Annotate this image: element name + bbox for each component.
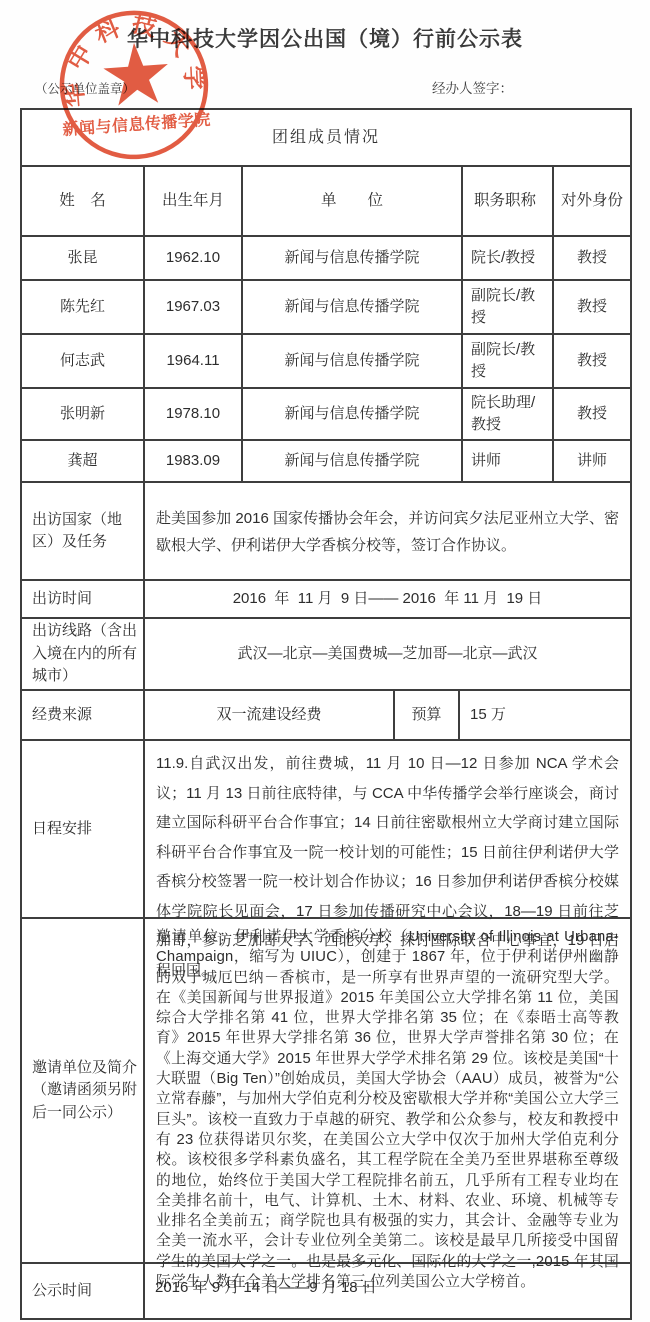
- publicity-row: 公示时间 2016 年 9 月 14 日——9 月 18 日: [22, 1262, 630, 1318]
- column-header-row: 姓 名 出生年月 单 位 职务职称 对外身份: [22, 165, 630, 235]
- destination-label: 出访国家（地区）及任务: [22, 483, 143, 579]
- destination-row: 出访国家（地区）及任务 赴美国参加 2016 国家传播协会年会，并访问宾夕法尼亚…: [22, 481, 630, 579]
- member-name: 何志武: [22, 335, 143, 387]
- member-unit: 新闻与信息传播学院: [241, 237, 461, 279]
- member-name: 陈先红: [22, 281, 143, 333]
- destination-text: 赴美国参加 2016 国家传播协会年会，并访问宾夕法尼亚州立大学、密歇根大学、伊…: [156, 505, 619, 559]
- visit-time-row: 出访时间 2016 年 11 月 9 日—— 2016 年 11 月 19 日: [22, 579, 630, 617]
- member-title: 副院长/教授: [461, 281, 552, 333]
- member-name: 龚超: [22, 441, 143, 481]
- member-birth: 1978.10: [143, 389, 241, 439]
- route-row: 出访线路（含出入境在内的所有城市） 武汉—北京—美国费城—芝加哥—北京—武汉: [22, 617, 630, 689]
- member-unit: 新闻与信息传播学院: [241, 389, 461, 439]
- member-unit: 新闻与信息传播学院: [241, 335, 461, 387]
- inviter-value: 邀请单位：伊利诺伊大学香槟分校（University of Illinois a…: [143, 919, 630, 1262]
- publicity-value: 2016 年 9 月 14 日——9 月 18 日: [143, 1264, 630, 1318]
- col-header-identity: 对外身份: [552, 167, 630, 235]
- budget-label: 预算: [393, 691, 458, 739]
- member-identity: 教授: [552, 237, 630, 279]
- member-row: 龚超 1983.09 新闻与信息传播学院 讲师 讲师: [22, 439, 630, 481]
- handler-signature-label: 经办人签字：: [432, 77, 513, 97]
- group-header-row: 团组成员情况: [22, 110, 630, 165]
- schedule-value: 11.9.自武汉出发，前往费城，11 月 10 日—12 日参加 NCA 学术会…: [143, 741, 630, 917]
- inviter-row: 邀请单位及简介（邀请函须另附后一同公示） 邀请单位：伊利诺伊大学香槟分校（Uni…: [22, 917, 630, 1262]
- member-name: 张昆: [22, 237, 143, 279]
- funding-source: 双一流建设经费: [143, 691, 393, 739]
- budget-value: 15 万: [458, 691, 630, 739]
- member-row: 陈先红 1967.03 新闻与信息传播学院 副院长/教授 教授: [22, 279, 630, 333]
- member-birth: 1964.11: [143, 335, 241, 387]
- member-identity: 讲师: [552, 441, 630, 481]
- schedule-row: 日程安排 11.9.自武汉出发，前往费城，11 月 10 日—12 日参加 NC…: [22, 739, 630, 917]
- member-title: 院长助理/教授: [461, 389, 552, 439]
- route-value: 武汉—北京—美国费城—芝加哥—北京—武汉: [143, 619, 630, 689]
- visit-time-value: 2016 年 11 月 9 日—— 2016 年 11 月 19 日: [143, 581, 630, 617]
- inviter-text: 邀请单位：伊利诺伊大学香槟分校（University of Illinois a…: [156, 927, 619, 1292]
- main-table: 团组成员情况 姓 名 出生年月 单 位 职务职称 对外身份 张昆 1962.10…: [20, 108, 632, 1320]
- destination-value: 赴美国参加 2016 国家传播协会年会，并访问宾夕法尼亚州立大学、密歇根大学、伊…: [143, 483, 630, 579]
- col-header-title: 职务职称: [461, 167, 552, 235]
- page-title: 华中科技大学因公出国（境）行前公示表: [0, 23, 650, 53]
- stamp-unit-note: （公示单位盖章）: [35, 79, 135, 97]
- member-row: 张昆 1962.10 新闻与信息传播学院 院长/教授 教授: [22, 235, 630, 279]
- subheader-row: （公示单位盖章） 经办人签字：: [35, 79, 615, 97]
- visit-time-label: 出访时间: [22, 581, 143, 617]
- schedule-label: 日程安排: [22, 741, 143, 917]
- member-title: 讲师: [461, 441, 552, 481]
- member-identity: 教授: [552, 335, 630, 387]
- publicity-label: 公示时间: [22, 1264, 143, 1318]
- member-identity: 教授: [552, 281, 630, 333]
- col-header-birth: 出生年月: [143, 167, 241, 235]
- member-birth: 1962.10: [143, 237, 241, 279]
- route-label: 出访线路（含出入境在内的所有城市）: [22, 619, 143, 689]
- member-unit: 新闻与信息传播学院: [241, 441, 461, 481]
- col-header-unit: 单 位: [241, 167, 461, 235]
- member-row: 何志武 1964.11 新闻与信息传播学院 副院长/教授 教授: [22, 333, 630, 387]
- member-birth: 1983.09: [143, 441, 241, 481]
- document-page: 华中科技大学因公出国（境）行前公示表 （公示单位盖章） 经办人签字： 团组成员情…: [0, 0, 650, 1322]
- inviter-label: 邀请单位及简介（邀请函须另附后一同公示）: [22, 919, 143, 1262]
- member-title: 副院长/教授: [461, 335, 552, 387]
- group-header: 团组成员情况: [22, 110, 630, 165]
- funding-row: 经费来源 双一流建设经费 预算 15 万: [22, 689, 630, 739]
- member-unit: 新闻与信息传播学院: [241, 281, 461, 333]
- member-title: 院长/教授: [461, 237, 552, 279]
- member-birth: 1967.03: [143, 281, 241, 333]
- funding-label: 经费来源: [22, 691, 143, 739]
- member-name: 张明新: [22, 389, 143, 439]
- col-header-name: 姓 名: [22, 167, 143, 235]
- member-identity: 教授: [552, 389, 630, 439]
- member-row: 张明新 1978.10 新闻与信息传播学院 院长助理/教授 教授: [22, 387, 630, 439]
